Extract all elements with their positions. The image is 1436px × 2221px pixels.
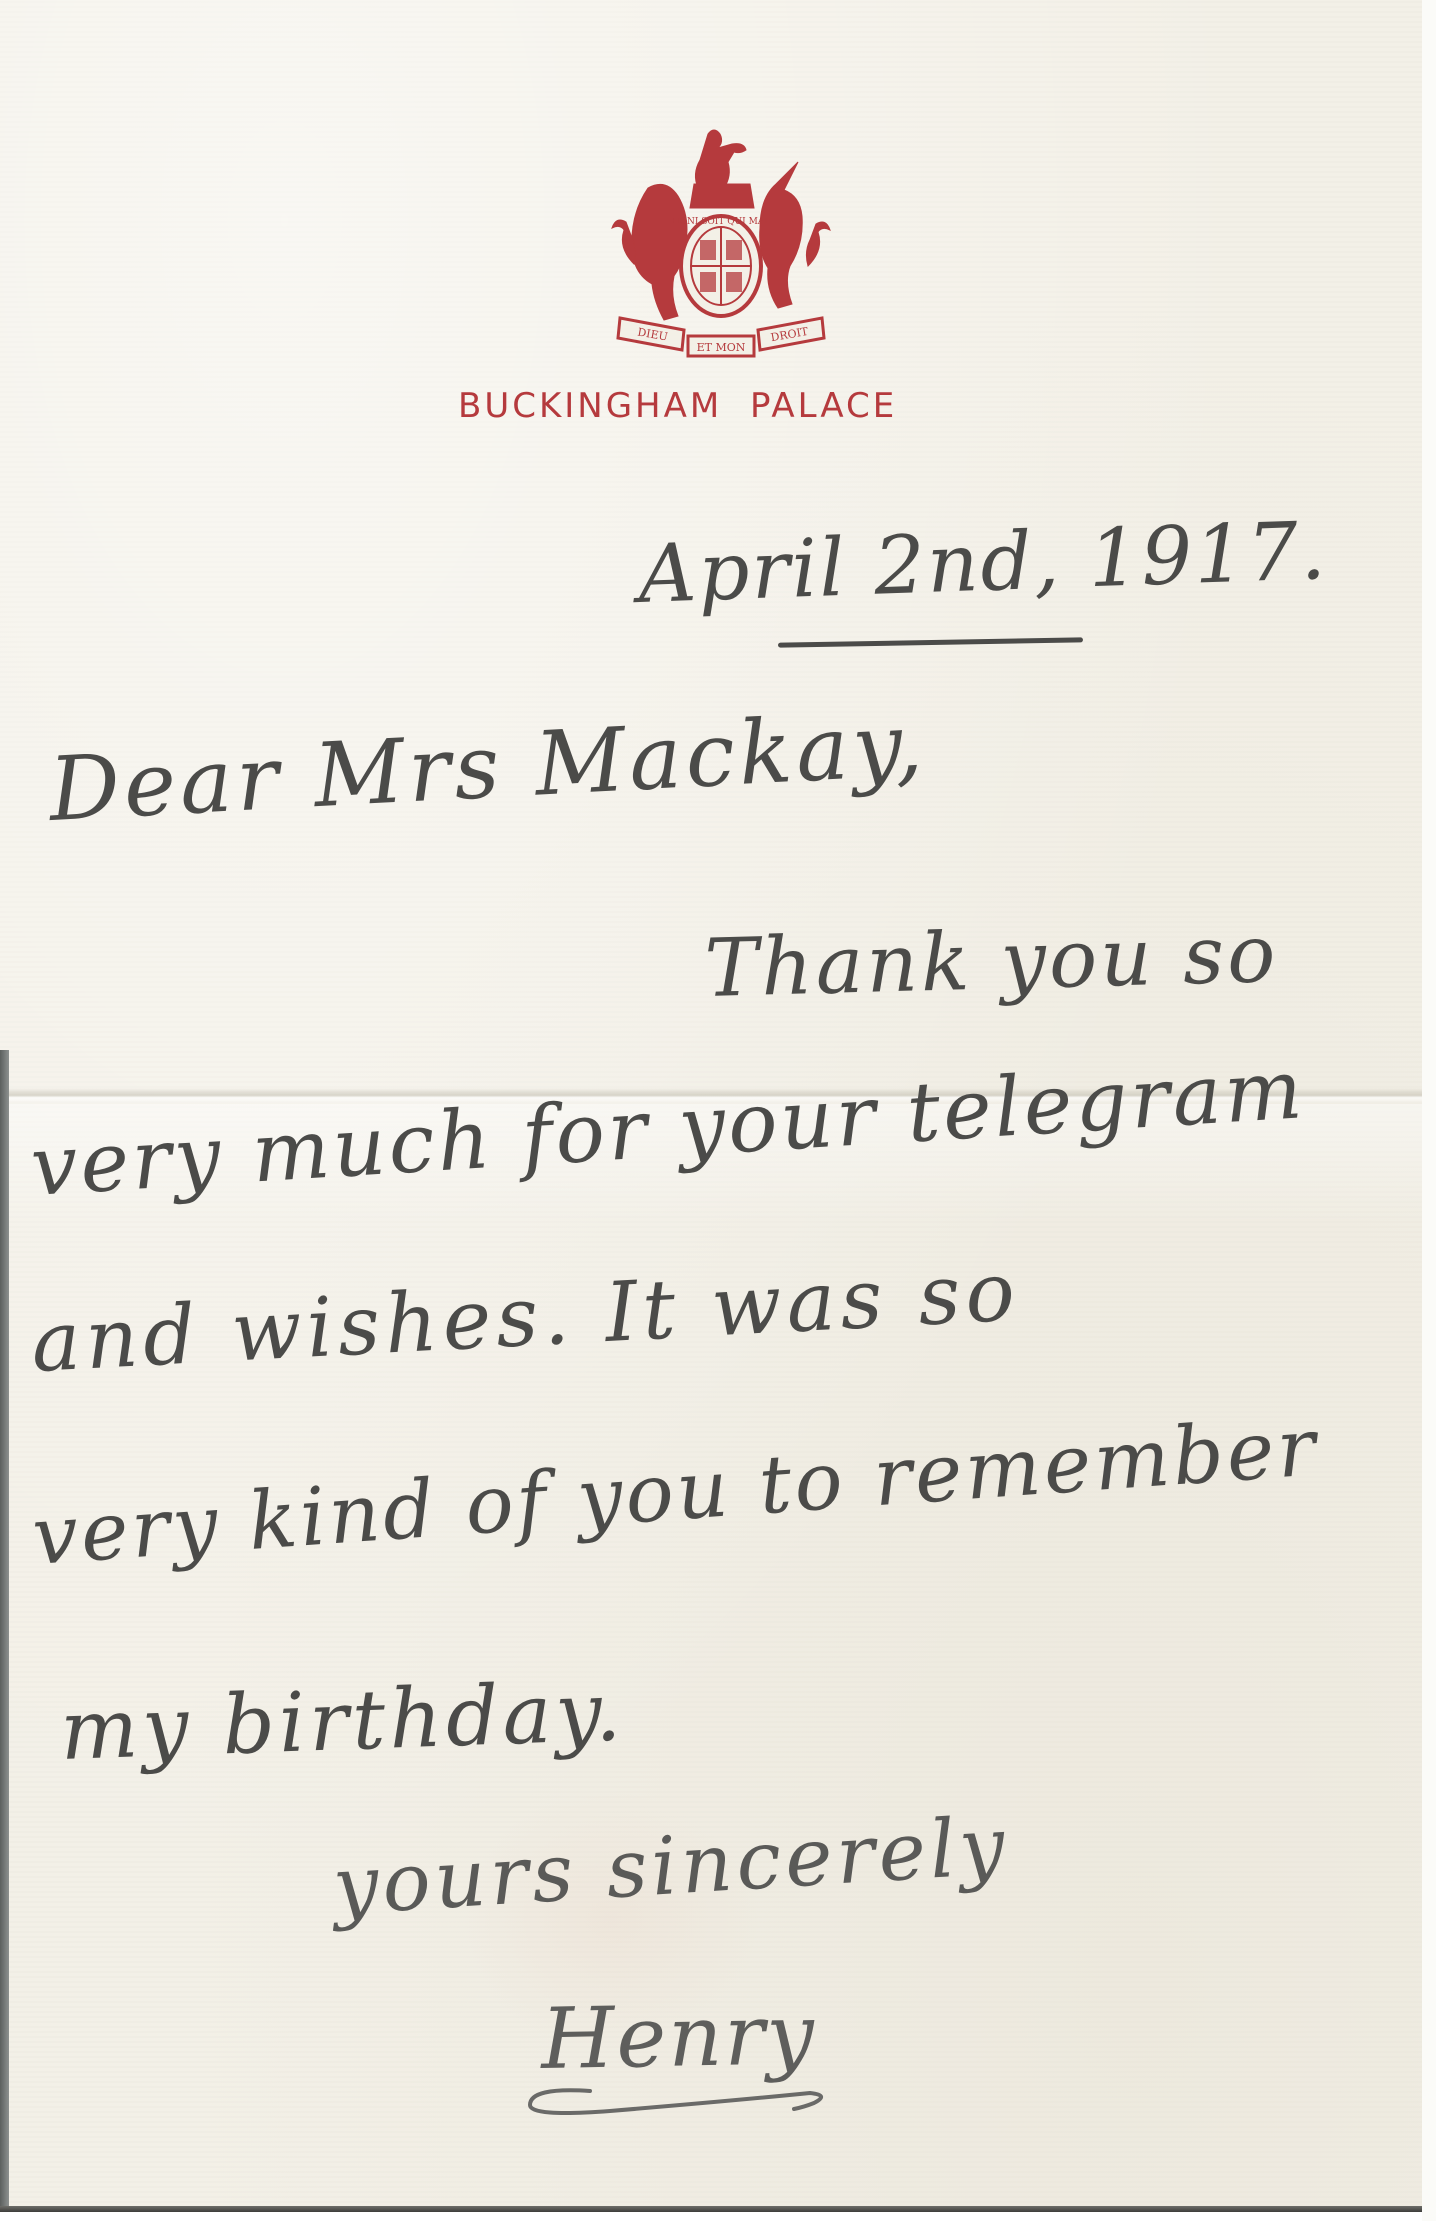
scan-edge-left <box>0 1050 9 2210</box>
signature-flourish-icon <box>470 2075 850 2125</box>
svg-text:ET MON: ET MON <box>697 341 746 354</box>
scan-edge-bottom <box>0 2206 1422 2212</box>
royal-crest-icon: HONI SOIT QUI MAL DIEU ET MON DROIT <box>608 126 834 360</box>
garter-motto: HONI SOIT QUI MAL <box>672 217 771 227</box>
body-line: my birthday. <box>59 1664 627 1779</box>
signature: Henry <box>540 1985 816 2088</box>
letterhead-title: BUCKINGHAM PALACE <box>458 386 984 426</box>
scan-margin-right <box>1422 0 1436 2221</box>
body-line: Thank you so <box>704 907 1280 1015</box>
